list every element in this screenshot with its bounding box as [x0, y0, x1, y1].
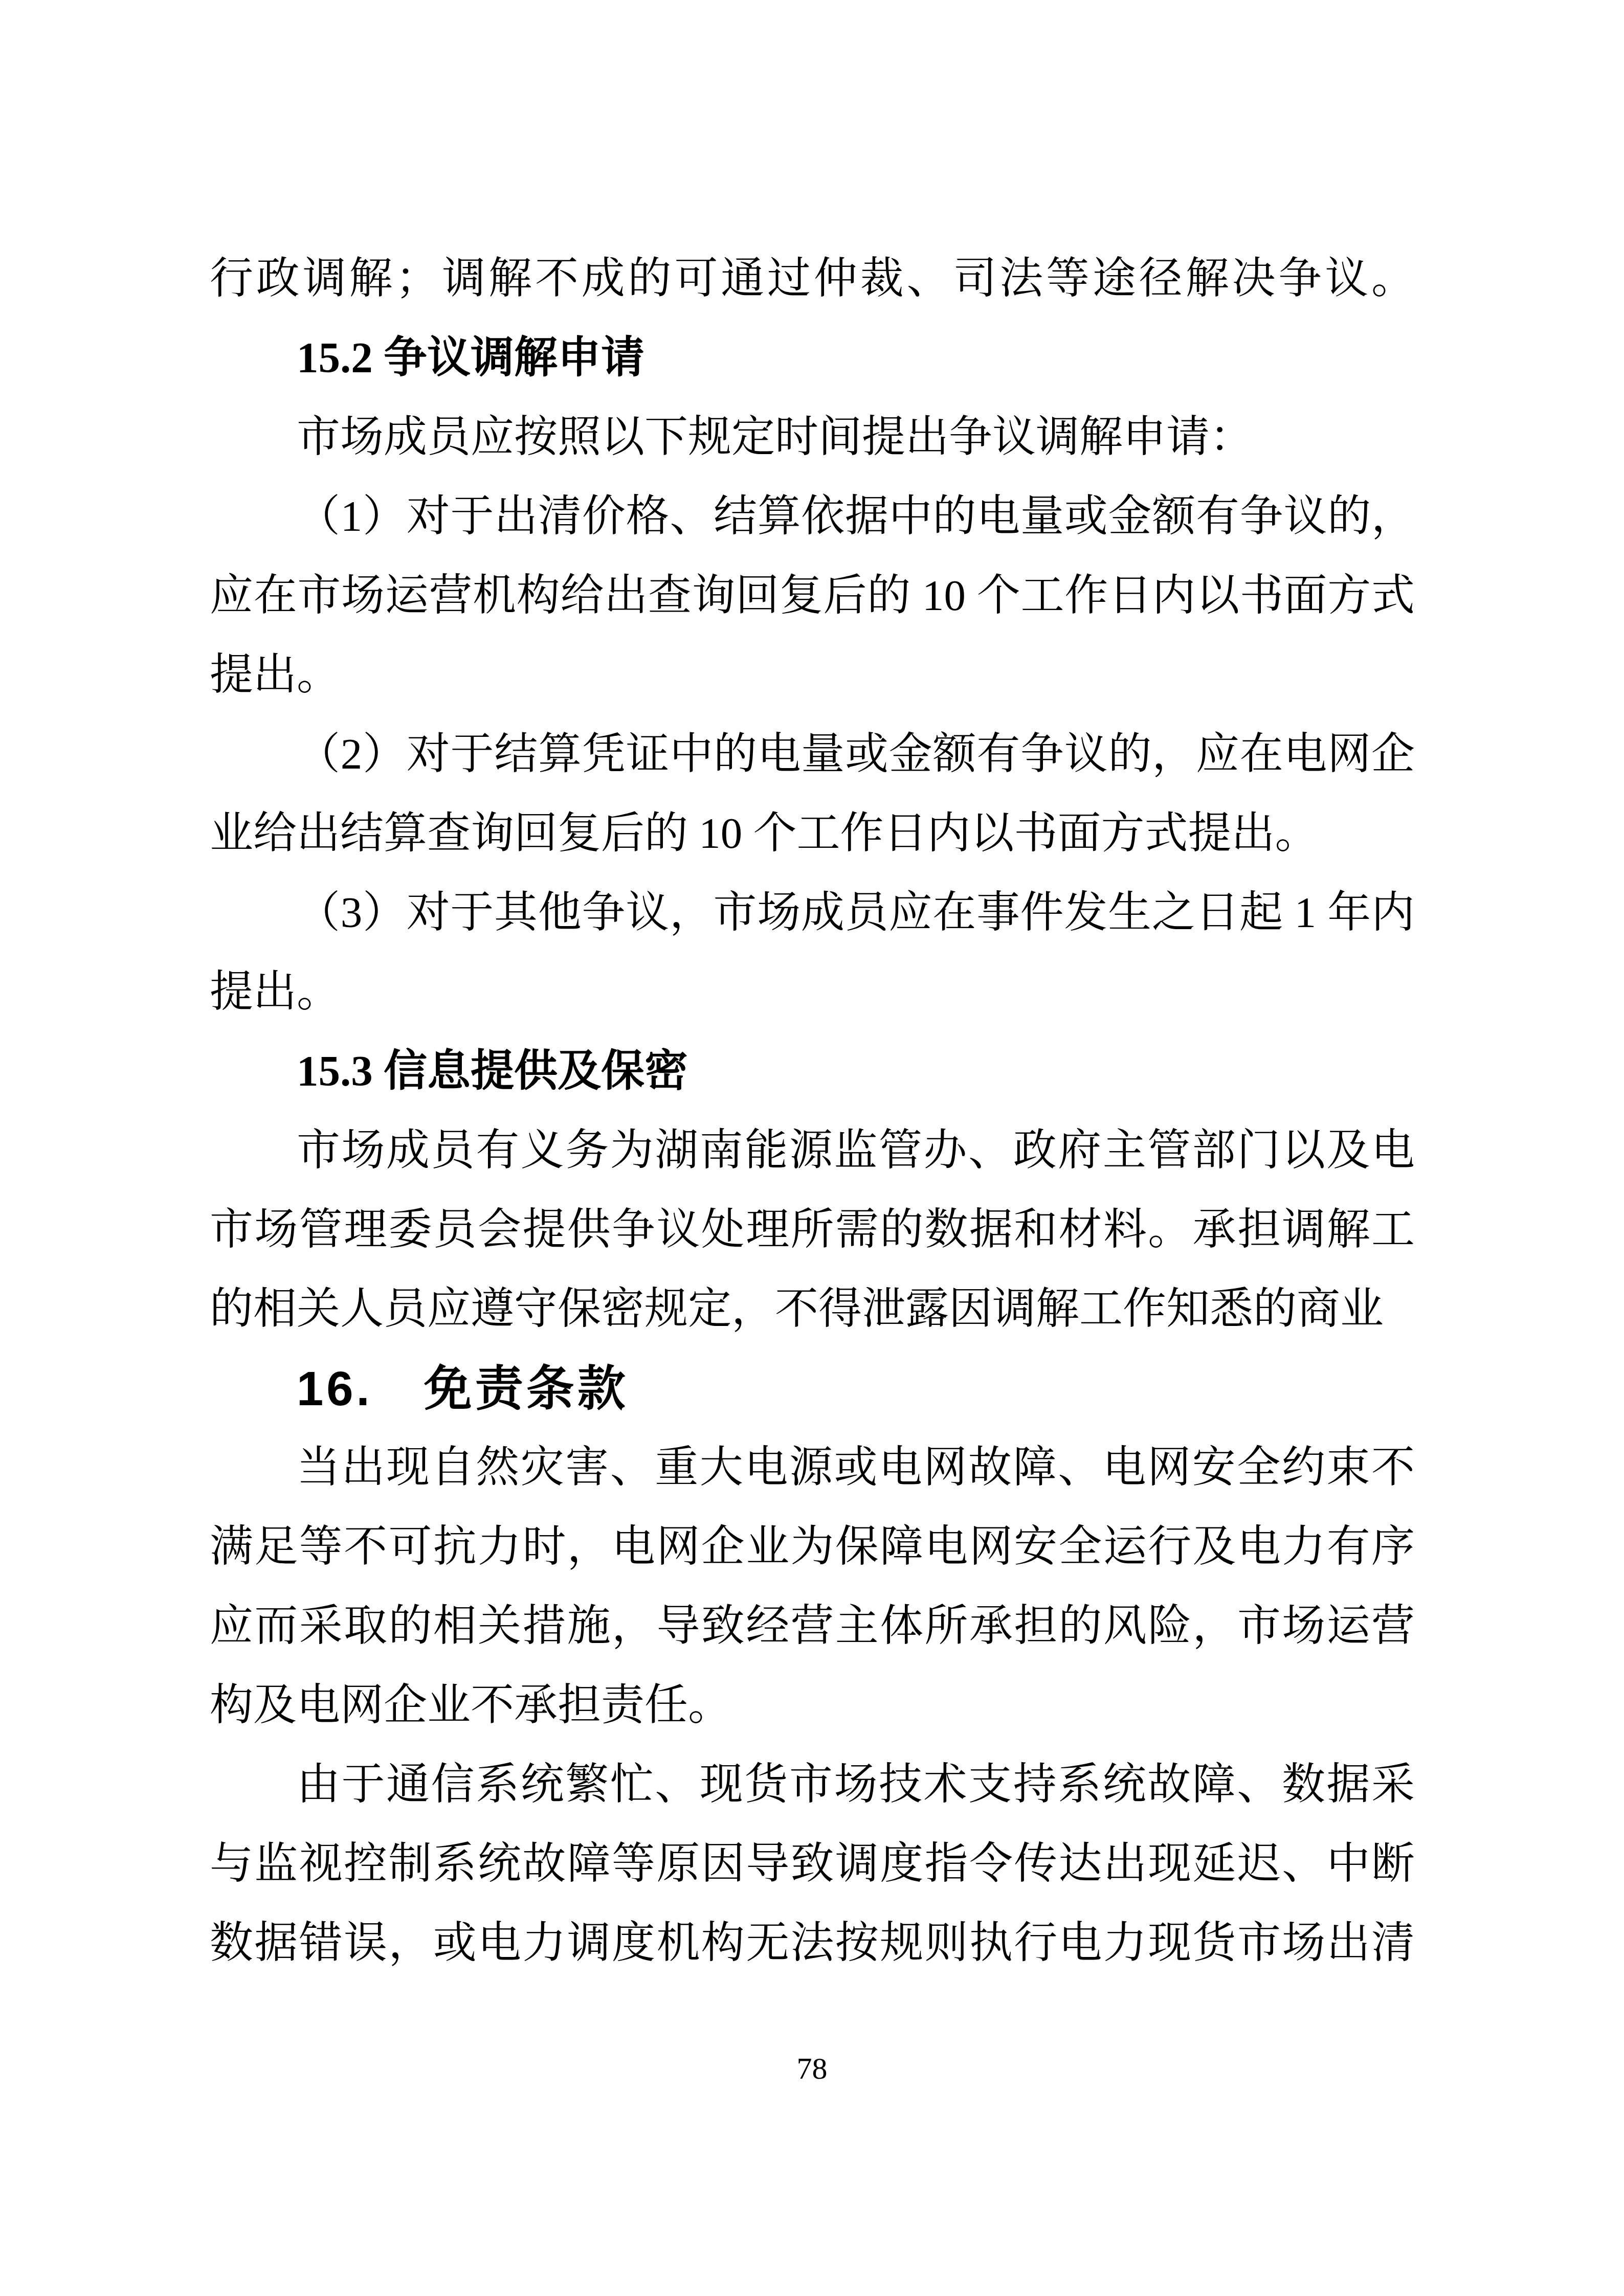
body-line: 市场成员有义务为湖南能源监管办、政府主管部门以及电力 [210, 1111, 1415, 1190]
body-line: （2）对于结算凭证中的电量或金额有争议的，应在电网企 [210, 715, 1415, 794]
document-text-block: 行政调解；调解不成的可通过仲裁、司法等途径解决争议。 15.2 争议调解申请 市… [210, 239, 1415, 1983]
body-line: 应而采取的相关措施，导致经营主体所承担的风险，市场运营机 [210, 1587, 1415, 1666]
body-line: （3）对于其他争议，市场成员应在事件发生之日起 1 年内 [210, 873, 1415, 953]
body-line: 行政调解；调解不成的可通过仲裁、司法等途径解决争议。 [210, 239, 1415, 319]
body-line: 提出。 [210, 953, 1415, 1032]
document-page: 行政调解；调解不成的可通过仲裁、司法等途径解决争议。 15.2 争议调解申请 市… [0, 0, 1624, 2296]
body-line: 提出。 [210, 636, 1415, 715]
body-line: 构及电网企业不承担责任。 [210, 1666, 1415, 1745]
body-line: 市场成员应按照以下规定时间提出争议调解申请： [210, 398, 1415, 477]
body-line: 应在市场运营机构给出查询回复后的 10 个工作日内以书面方式 [210, 556, 1415, 636]
chapter-heading-16: 16. 免责条款 [210, 1349, 1415, 1428]
body-line: （1）对于出清价格、结算依据中的电量或金额有争议的， [210, 477, 1415, 556]
body-line: 满足等不可抗力时，电网企业为保障电网安全运行及电力有序供 [210, 1507, 1415, 1587]
section-heading-15-3: 15.3 信息提供及保密 [210, 1032, 1415, 1111]
body-line: 由于通信系统繁忙、现货市场技术支持系统故障、数据采集 [210, 1745, 1415, 1825]
section-heading-15-2: 15.2 争议调解申请 [210, 319, 1415, 398]
body-line: 当出现自然灾害、重大电源或电网故障、电网安全约束不能 [210, 1428, 1415, 1507]
body-line: 的相关人员应遵守保密规定，不得泄露因调解工作知悉的商业秘密。 [210, 1270, 1415, 1349]
body-line: 数据错误，或电力调度机构无法按规则执行电力现货市场出清结 [210, 1904, 1415, 1983]
page-number: 78 [0, 2047, 1624, 2090]
body-line: 业给出结算查询回复后的 10 个工作日内以书面方式提出。 [210, 794, 1415, 873]
body-line: 与监视控制系统故障等原因导致调度指令传达出现延迟、中断或 [210, 1825, 1415, 1904]
body-line: 市场管理委员会提供争议处理所需的数据和材料。承担调解工作 [210, 1190, 1415, 1270]
